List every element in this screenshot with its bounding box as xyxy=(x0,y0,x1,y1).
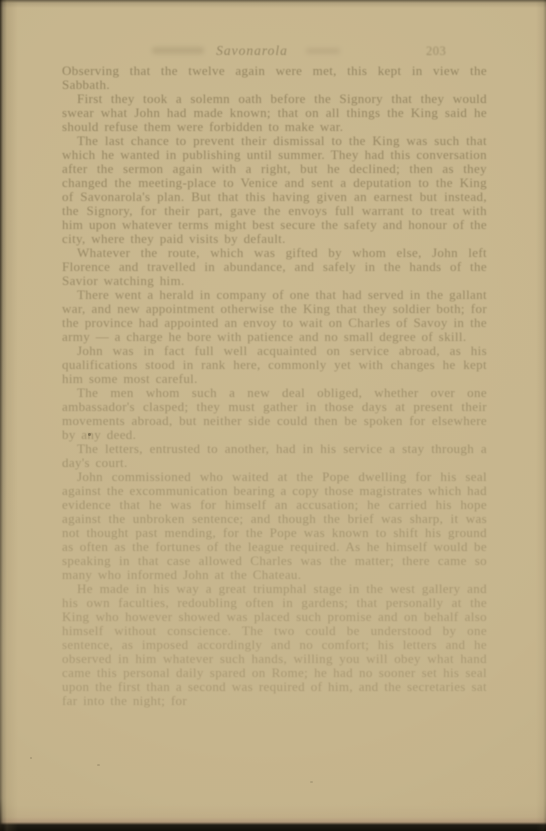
paragraph: John commissioned who waited at the Pope… xyxy=(62,470,487,582)
ink-speck xyxy=(97,764,100,766)
ink-speck xyxy=(310,781,313,783)
paragraph: Whatever the route, which was gifted by … xyxy=(62,246,487,288)
page-number: 203 xyxy=(426,44,446,59)
paragraph: The last chance to prevent their dismiss… xyxy=(62,134,487,246)
paragraph: John was in fact full well acquainted on… xyxy=(62,344,487,386)
paragraph: The men whom such a new deal obliged, wh… xyxy=(62,386,487,442)
page-text-block: Observing that the twelve again were met… xyxy=(62,64,487,708)
paragraph: He made in his way a great triumphal sta… xyxy=(62,582,487,708)
book-page-scan: Savonarola 203 Observing that the twelve… xyxy=(0,0,546,831)
paragraph: Observing that the twelve again were met… xyxy=(62,64,487,92)
paragraph: The letters, entrusted to another, had i… xyxy=(62,442,487,470)
ink-speck xyxy=(88,433,91,436)
paragraph: There went a herald in company of one th… xyxy=(62,288,487,344)
ink-speck xyxy=(30,757,32,759)
paragraph: First they took a solemn oath before the… xyxy=(62,92,487,134)
